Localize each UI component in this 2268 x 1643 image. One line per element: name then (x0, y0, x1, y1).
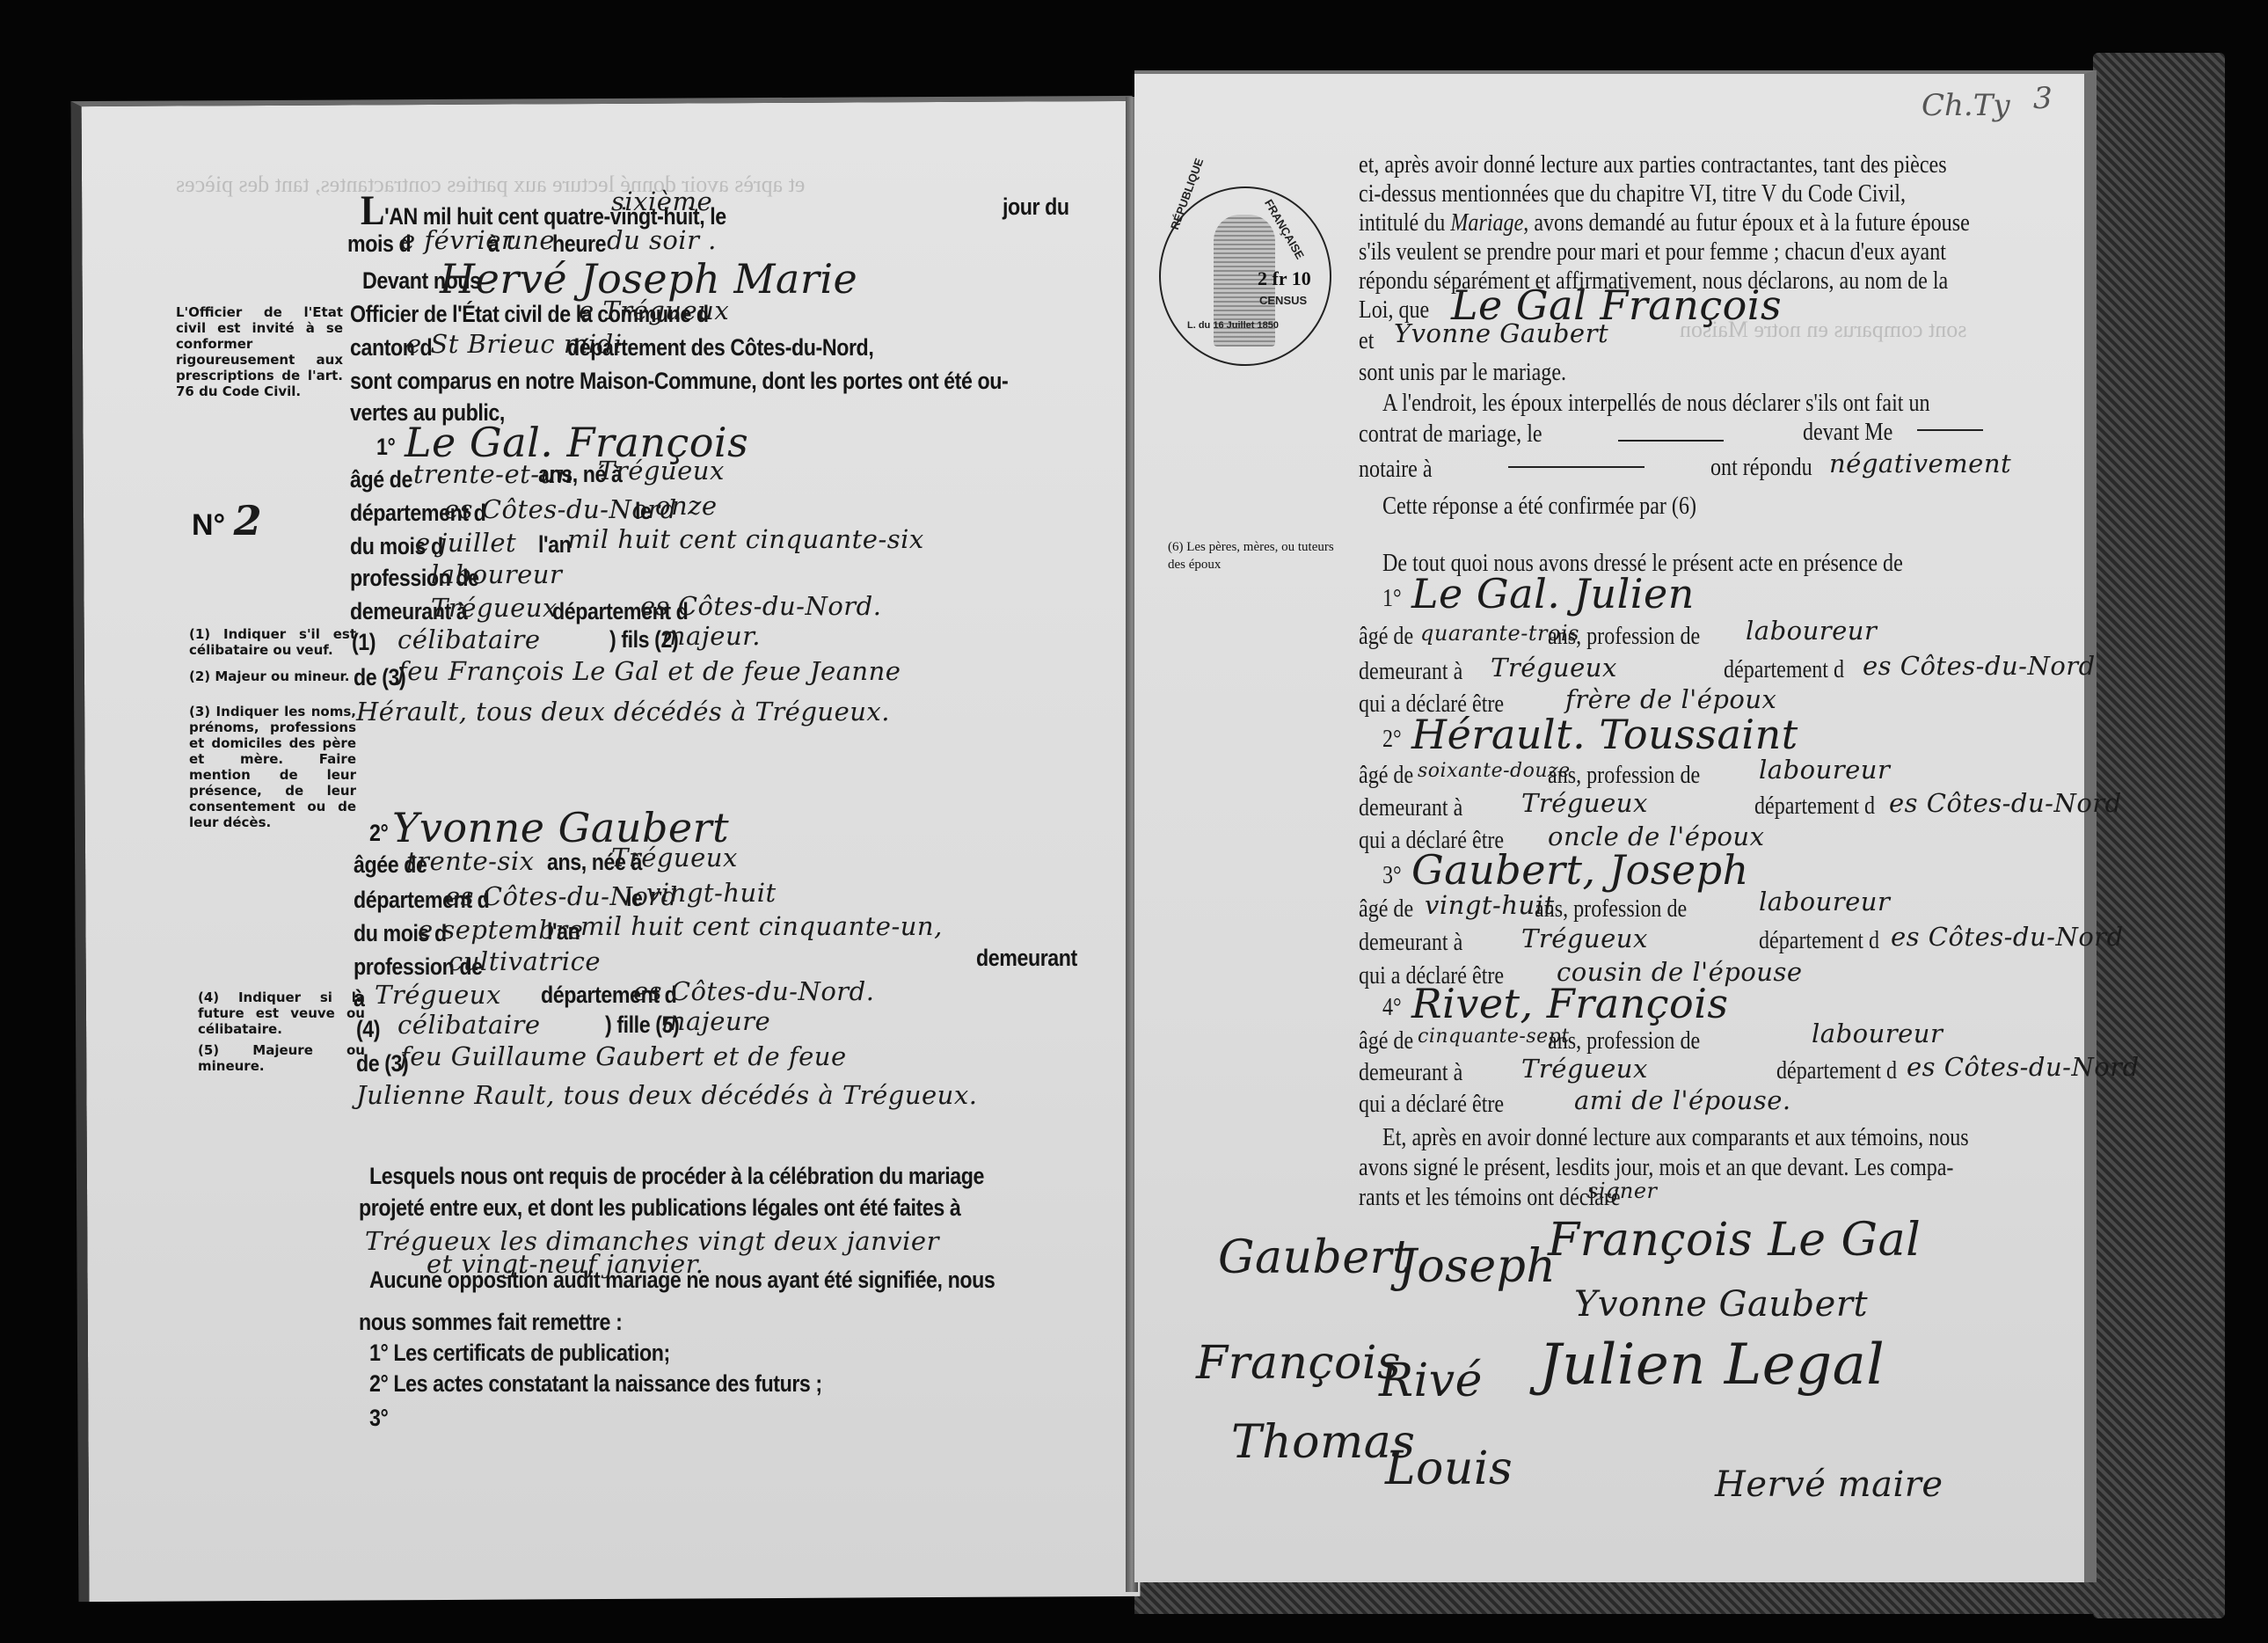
closing-line-1: Et, après en avoir donné lecture aux com… (1382, 1124, 1969, 1152)
witness-1-profession-label: ans, profession de (1548, 623, 1700, 651)
signature-gaubert: Gaubert (1218, 1231, 1411, 1284)
witness-1-residence-label: demeurant à (1359, 658, 1462, 686)
bride-year-label: l'an (547, 918, 580, 946)
bride-majority-handwritten: majeure (661, 1006, 770, 1036)
stamp-law-text: L. du 16 Juillet 1850 (1187, 320, 1279, 331)
reading-line-1: et, après avoir donné lecture aux partie… (1359, 151, 1947, 179)
notary-place-blank (1508, 466, 1644, 468)
witness-3-profession: laboureur (1759, 887, 1890, 916)
margin-note-4: (4) Indiquer si la future est veuve ou c… (198, 989, 365, 1037)
signature-yvonne-gaubert: Yvonne Gaubert (1574, 1284, 1868, 1325)
drop-cap: L (361, 187, 384, 234)
groom-age-label: âgé de (350, 466, 412, 493)
witness-4-name: Rivet, François (1411, 980, 1729, 1027)
page-number: 3 (2033, 81, 2053, 116)
bride-birthday-handwritten: vingt-huit (646, 878, 777, 908)
publications-line-4: nous sommes fait remettre : (359, 1309, 622, 1336)
groom-status-label: (1) (352, 629, 376, 656)
groom-parents-handwritten-1: feu François Le Gal et de feue Jeanne (397, 656, 901, 686)
witness-4-declared-label: qui a déclaré être (1359, 1091, 1504, 1119)
stamp-value-sub: CENSUS (1259, 294, 1307, 307)
publications-item-1: 1° Les certificats de publication; (369, 1340, 670, 1367)
contract-line-4: Cette réponse a été confirmée par (6) (1382, 493, 1696, 521)
heure-label: heure (552, 230, 606, 258)
contract-line-2b: devant Me (1803, 419, 1892, 447)
margin-note-instruction: L'Officier de l'Etat civil est invité à … (176, 304, 343, 399)
witness-1-num: 1° (1382, 585, 1402, 613)
witness-4-dept-label: département d (1776, 1057, 1897, 1085)
declared-bride-handwritten: Yvonne Gaubert (1394, 318, 1608, 348)
witness-1-dept: es Côtes-du-Nord (1863, 651, 2096, 681)
witness-4-profession-label: ans, profession de (1548, 1027, 1700, 1055)
witness-1-profession: laboureur (1746, 616, 1877, 646)
contract-line-2a: contrat de mariage, le (1359, 420, 1542, 449)
witness-3-residence: Trégueux (1521, 924, 1648, 953)
bride-num: 2° (369, 820, 388, 847)
period-handwritten: du soir . (607, 225, 717, 255)
groom-birthday-handwritten: onze (655, 491, 718, 521)
groom-parents-handwritten-2: Hérault, tous deux décédés à Trégueux. (356, 697, 890, 727)
contract-line-1: A l'endroit, les époux interpellés de no… (1382, 390, 1930, 418)
publications-line-2: projeté entre eux, et dont les publicati… (359, 1194, 960, 1222)
margin-note-6: (6) Les pères, mères, ou tuteurs des épo… (1168, 538, 1344, 573)
tax-stamp: RÉPUBLIQUE FRANÇAISE 2 fr 10 CENSUS L. d… (1159, 186, 1331, 366)
contract-date-blank (1618, 440, 1724, 442)
groom-status-handwritten: célibataire (397, 624, 541, 654)
bride-status-label: (4) (356, 1016, 380, 1043)
witness-4-relation: ami de l'épouse. (1574, 1085, 1791, 1115)
witness-3-age-label: âgé de (1359, 895, 1413, 924)
witness-2-name: Hérault. Toussaint (1411, 711, 1798, 758)
witness-4-residence-label: demeurant à (1359, 1059, 1462, 1087)
groom-profession-handwritten: laboureur (431, 559, 562, 589)
witness-2-residence-label: demeurant à (1359, 794, 1462, 822)
mariage-italic: Mariage (1450, 209, 1523, 237)
scanned-register: et après avoir donné lecture aux parties… (0, 0, 2268, 1643)
witness-2-profession-label: ans, profession de (1548, 762, 1700, 790)
contract-line-3b: ont répondu (1710, 454, 1812, 482)
closing-signed-handwritten: signer (1587, 1179, 1658, 1203)
witness-3-dept: es Côtes-du-Nord (1891, 922, 2124, 952)
bride-residence-label: à (354, 985, 364, 1012)
corner-annotation: Ch.Ty (1922, 88, 2010, 123)
witness-3-name: Gaubert, Joseph (1411, 846, 1749, 894)
reading-line-4: s'ils veulent se prendre pour mari et po… (1359, 238, 1946, 267)
witness-3-residence-label: demeurant à (1359, 929, 1462, 957)
groom-birthplace-handwritten: Trégueux (598, 456, 725, 486)
margin-note-1: (1) Indiquer s'il est célibataire ou veu… (189, 626, 356, 658)
groom-birthyear-handwritten: mil huit cent cinquante-six (567, 524, 924, 554)
entry-number-label: N° 2 (192, 497, 262, 544)
departement-label: département des Côtes-du-Nord, (567, 334, 873, 361)
margin-note-5: (5) Majeure ou mineure. (198, 1042, 365, 1074)
reading-line-3a: intitulé du (1359, 209, 1445, 237)
groom-birthmonth-handwritten: e juillet (415, 528, 516, 558)
signature-louis: Louis (1385, 1442, 1513, 1495)
signature-francois: François (1196, 1337, 1401, 1390)
bride-parents-handwritten-1: feu Guillaume Gaubert et de feue (400, 1041, 847, 1071)
witness-4-num: 4° (1382, 994, 1402, 1022)
jour-du-label: jour du (1003, 194, 1069, 221)
signature-rive: Rivé (1379, 1355, 1483, 1407)
witness-1-age-label: âgé de (1359, 623, 1413, 651)
margin-note-3: (3) Indiquer les noms, prénoms, professi… (189, 704, 356, 830)
groom-year-label: l'an (538, 531, 571, 559)
witness-4-age: cinquante-sept (1418, 1026, 1570, 1048)
comparus-text: sont comparus en notre Maison-Commune, d… (350, 368, 1008, 395)
witness-3-profession-label: ans, profession de (1535, 895, 1687, 924)
witness-3-num: 3° (1382, 862, 1402, 890)
entry-number-prefix: N° (192, 508, 225, 542)
hour-prefix: à (488, 230, 499, 258)
entry-number: 2 (234, 497, 263, 544)
groom-residence-dept-handwritten: es Côtes-du-Nord. (640, 591, 881, 621)
reading-line-8: sont unis par le mariage. (1359, 359, 1566, 387)
day-handwritten: sixième (611, 186, 712, 216)
margin-note-2: (2) Majeur ou mineur. (189, 668, 356, 684)
witness-4-age-label: âgé de (1359, 1027, 1413, 1055)
stamp-value: 2 fr 10 (1258, 267, 1311, 290)
witness-2-profession: laboureur (1759, 755, 1890, 785)
groom-residence-handwritten: Trégueux (431, 593, 558, 623)
book-cover-bottom (1134, 1579, 2225, 1614)
witness-4-dept: es Côtes-du-Nord (1907, 1052, 2140, 1082)
publications-item-2: 2° Les actes constatant la naissance des… (369, 1370, 822, 1398)
notary-name-blank (1917, 429, 1983, 431)
signature-julien-legal: Julien Legal (1539, 1333, 1885, 1398)
bride-age-handwritten: trente-six (406, 846, 534, 876)
publications-item-3: 3° (369, 1405, 388, 1432)
bride-birthplace-handwritten: Trégueux (611, 843, 738, 873)
witness-4-profession: laboureur (1812, 1019, 1943, 1048)
bride-profession-handwritten: cultivatrice (448, 946, 601, 976)
witness-4-residence: Trégueux (1521, 1054, 1648, 1084)
witness-2-dept: es Côtes-du-Nord (1889, 788, 2122, 818)
groom-majority-handwritten: majeur. (661, 621, 761, 651)
witness-1-relation: frère de l'époux (1565, 684, 1776, 714)
contract-line-3a: notaire à (1359, 456, 1433, 484)
witness-2-residence: Trégueux (1521, 788, 1648, 818)
witness-2-dept-label: département d (1754, 792, 1875, 821)
reading-line-3b: , avons demandé au futur époux et à la f… (1523, 209, 1970, 237)
publications-line-3: Aucune opposition audit mariage ne nous … (369, 1267, 995, 1294)
hour-handwritten: une (506, 225, 555, 255)
commune-handwritten: e Trégueux (579, 296, 729, 325)
reading-line-2: ci-dessus mentionnées que du chapitre VI… (1359, 180, 1906, 208)
witness-1-dept-label: département d (1724, 656, 1844, 684)
signature-joseph: Joseph (1398, 1240, 1556, 1293)
bride-dept-handwritten: es Côtes-du-Nord (445, 881, 678, 911)
bride-le-label: le (626, 885, 643, 912)
book-cover-edge (2093, 53, 2225, 1618)
signature-herve-maire: Hervé maire (1715, 1464, 1943, 1505)
signature-francois-le-gal: François Le Gal (1548, 1214, 1921, 1267)
witness-2-age-label: âgé de (1359, 762, 1413, 790)
groom-le-label: le (635, 498, 652, 525)
contract-answer-handwritten: négativement (1829, 449, 2011, 478)
bride-residence-handwritten: Trégueux (375, 980, 501, 1010)
witness-2-num: 2° (1382, 726, 1402, 754)
groom-num: 1° (376, 434, 395, 461)
publications-line-1: Lesquels nous ont requis de procéder à l… (369, 1163, 984, 1190)
reading-line-7: et (1359, 327, 1374, 355)
bride-parents-handwritten-2: Julienne Rault, tous deux décédés à Trég… (356, 1080, 977, 1110)
bride-birthyear-handwritten: mil huit cent cinquante-un, (580, 911, 943, 941)
witness-3-dept-label: département d (1759, 927, 1879, 955)
bride-status-handwritten: célibataire (397, 1010, 541, 1040)
bride-demeurant-label: demeurant (976, 945, 1077, 972)
closing-line-3: rants et les témoins ont déclaré (1359, 1184, 1621, 1212)
witness-1-name: Le Gal. Julien (1411, 570, 1695, 617)
bride-residence-dept-handwritten: es Côtes-du-Nord. (633, 976, 874, 1006)
witness-1-residence: Trégueux (1491, 653, 1617, 683)
reading-line-3: intitulé du Mariage, avons demandé au fu… (1359, 209, 1970, 237)
